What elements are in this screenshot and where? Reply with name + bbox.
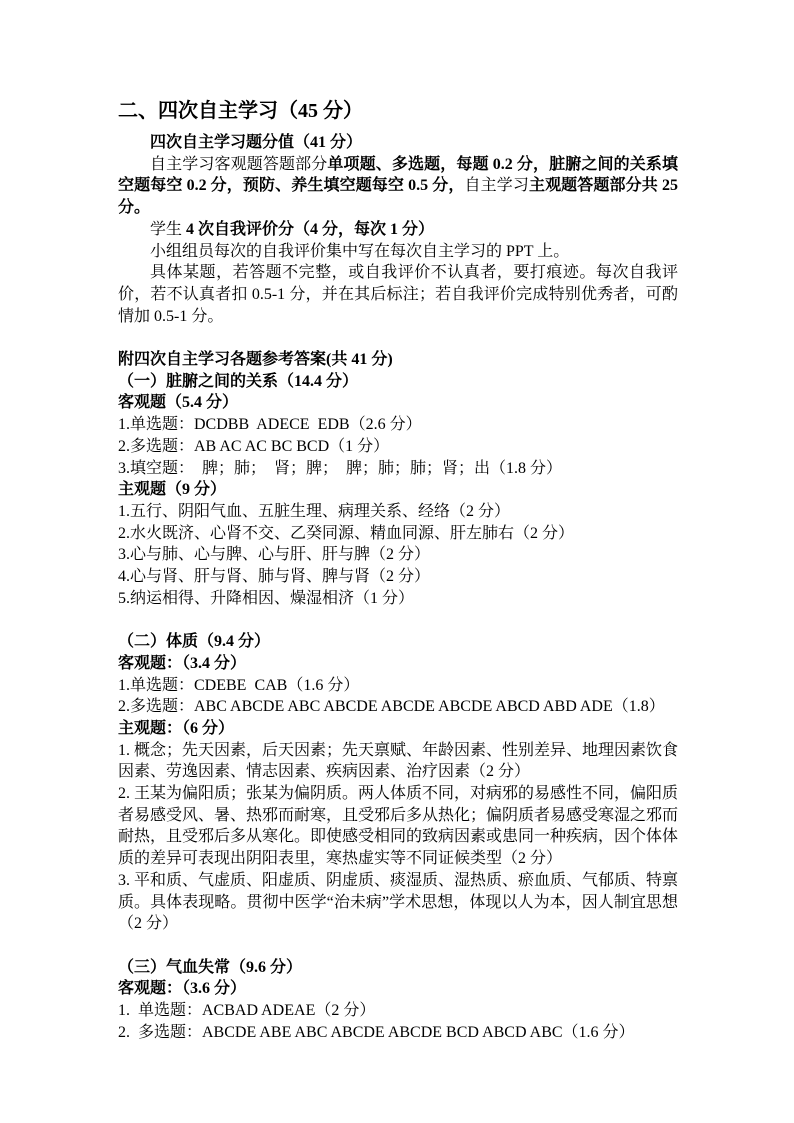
section-heading: 客观题：（3.4 分） [118, 653, 678, 675]
text-run: 1. 单选题：ACBAD ADEAE（2 分） [118, 1002, 375, 1019]
doc-title: 二、四次自主学习（45 分） [118, 96, 678, 126]
paragraph: 4.心与肾、肝与肾、肺与肾、脾与肾（2 分） [118, 566, 678, 588]
text-run: 2. 多选题：ABCDE ABE ABC ABCDE ABCDE BCD ABC… [118, 1024, 635, 1041]
bold-text-run: 主观题：（6 分） [118, 720, 234, 737]
paragraph: 小组组员每次的自我评价集中写在每次自主学习的 PPT 上。 [118, 241, 678, 263]
bold-text-run: 客观题：（3.4 分） [118, 655, 246, 672]
paragraph: 3.心与肺、心与脾、心与肝、肝与脾（2 分） [118, 544, 678, 566]
bold-text-run: （三）气血失常（9.6 分） [118, 959, 302, 976]
text-run: 4.心与肾、肝与肾、肺与肾、脾与肾（2 分） [118, 568, 430, 585]
bold-text-run: 4 次自我评价分（4 分，每次 1 分） [186, 221, 434, 238]
text-run: 1.五行、阴阳气血、五脏生理、病理关系、经络（2 分） [118, 503, 510, 520]
section-heading: 附四次自主学习各题参考答案(共 41 分) [118, 349, 678, 371]
paragraph: 2. 王某为偏阳质；张某为偏阴质。两人体质不同，对病邪的易感性不同，偏阳质者易感… [118, 783, 678, 870]
text-run: 1.单选题：CDEBE CAB（1.6 分） [118, 677, 359, 694]
section-heading: 主观题：（6 分） [118, 718, 678, 740]
text-run: 3.填空题： 脾；肺； 肾；脾； 脾；肺；肺；肾；出（1.8 分） [118, 460, 562, 477]
paragraph: 自主学习客观题答题部分单项题、多选题，每题 0.2 分，脏腑之间的关系填空题每空… [118, 154, 678, 219]
text-run: 2. 王某为偏阳质；张某为偏阴质。两人体质不同，对病邪的易感性不同，偏阳质者易感… [118, 785, 678, 867]
text-run: 2.多选题：ABC ABCDE ABC ABCDE ABCDE ABCDE AB… [118, 698, 665, 715]
text-run: 具体某题，若答题不完整，或自我评价不认真者，要打痕迹。每次自我评价，若不认真者扣… [118, 264, 678, 324]
paragraph: 1. 单选题：ACBAD ADEAE（2 分） [118, 1000, 678, 1022]
text-run: 3. 平和质、气虚质、阳虚质、阴虚质、痰湿质、湿热质、瘀血质、气郁质、特禀质。具… [118, 872, 678, 932]
text-run: 2.水火既济、心肾不交、乙癸同源、精血同源、肝左肺右（2 分） [118, 525, 574, 542]
text-run: 学生 [150, 221, 186, 238]
paragraph: 1.单选题：CDEBE CAB（1.6 分） [118, 675, 678, 697]
bold-text-run: 客观题（5.4 分） [118, 394, 238, 411]
paragraph: 2. 多选题：ABCDE ABE ABC ABCDE ABCDE BCD ABC… [118, 1022, 678, 1044]
text-run: 1.单选题：DCDBB ADECE EDB（2.6 分） [118, 416, 422, 433]
text-run: 3.心与肺、心与脾、心与肝、肝与脾（2 分） [118, 546, 430, 563]
section-heading: （三）气血失常（9.6 分） [118, 957, 678, 979]
document-content: 二、四次自主学习（45 分）四次自主学习题分值（41 分）自主学习客观题答题部分… [118, 96, 678, 1043]
document-page: 二、四次自主学习（45 分）四次自主学习题分值（41 分）自主学习客观题答题部分… [0, 0, 794, 1123]
paragraph: 1.单选题：DCDBB ADECE EDB（2.6 分） [118, 414, 678, 436]
section-heading: （一）脏腑之间的关系（14.4 分） [118, 371, 678, 393]
paragraph: 1.五行、阴阳气血、五脏生理、病理关系、经络（2 分） [118, 501, 678, 523]
bold-text-run: 附四次自主学习各题参考答案(共 41 分) [118, 351, 393, 368]
paragraph: 5.纳运相得、升降相因、燥湿相济（1 分） [118, 588, 678, 610]
section-heading: 四次自主学习题分值（41 分） [118, 132, 678, 154]
section-heading: 客观题（5.4 分） [118, 392, 678, 414]
text-run: 2.多选题：AB AC AC BC BCD（1 分） [118, 438, 389, 455]
bold-text-run: （二）体质（9.4 分） [118, 633, 270, 650]
paragraph: 2.多选题：ABC ABCDE ABC ABCDE ABCDE ABCDE AB… [118, 696, 678, 718]
bold-text-run: 主观题（9 分） [118, 481, 226, 498]
bold-text-run: 二、四次自主学习（45 分） [118, 100, 363, 122]
text-run: 自主学习 [465, 177, 529, 194]
blank-line [118, 935, 678, 957]
text-run: 5.纳运相得、升降相因、燥湿相济（1 分） [118, 590, 414, 607]
section-heading: （二）体质（9.4 分） [118, 631, 678, 653]
paragraph: 学生 4 次自我评价分（4 分，每次 1 分） [118, 219, 678, 241]
paragraph: 具体某题，若答题不完整，或自我评价不认真者，要打痕迹。每次自我评价，若不认真者扣… [118, 262, 678, 327]
paragraph: 1. 概念；先天因素，后天因素；先天禀赋、年龄因素、性别差异、地理因素饮食因素、… [118, 740, 678, 783]
text-run: 小组组员每次的自我评价集中写在每次自主学习的 PPT 上。 [150, 243, 569, 260]
blank-line [118, 327, 678, 349]
paragraph: 3.填空题： 脾；肺； 肾；脾； 脾；肺；肺；肾；出（1.8 分） [118, 458, 678, 480]
section-heading: 客观题：（3.6 分） [118, 978, 678, 1000]
text-run: 自主学习客观题答题部分 [150, 156, 327, 173]
paragraph: 2.多选题：AB AC AC BC BCD（1 分） [118, 436, 678, 458]
bold-text-run: （一）脏腑之间的关系（14.4 分） [118, 373, 358, 390]
blank-line [118, 609, 678, 631]
paragraph: 3. 平和质、气虚质、阳虚质、阴虚质、痰湿质、湿热质、瘀血质、气郁质、特禀质。具… [118, 870, 678, 935]
section-heading: 主观题（9 分） [118, 479, 678, 501]
bold-text-run: 客观题：（3.6 分） [118, 980, 246, 997]
text-run: 1. 概念；先天因素，后天因素；先天禀赋、年龄因素、性别差异、地理因素饮食因素、… [118, 742, 678, 781]
bold-text-run: 四次自主学习题分值（41 分） [150, 134, 362, 151]
paragraph: 2.水火既济、心肾不交、乙癸同源、精血同源、肝左肺右（2 分） [118, 523, 678, 545]
